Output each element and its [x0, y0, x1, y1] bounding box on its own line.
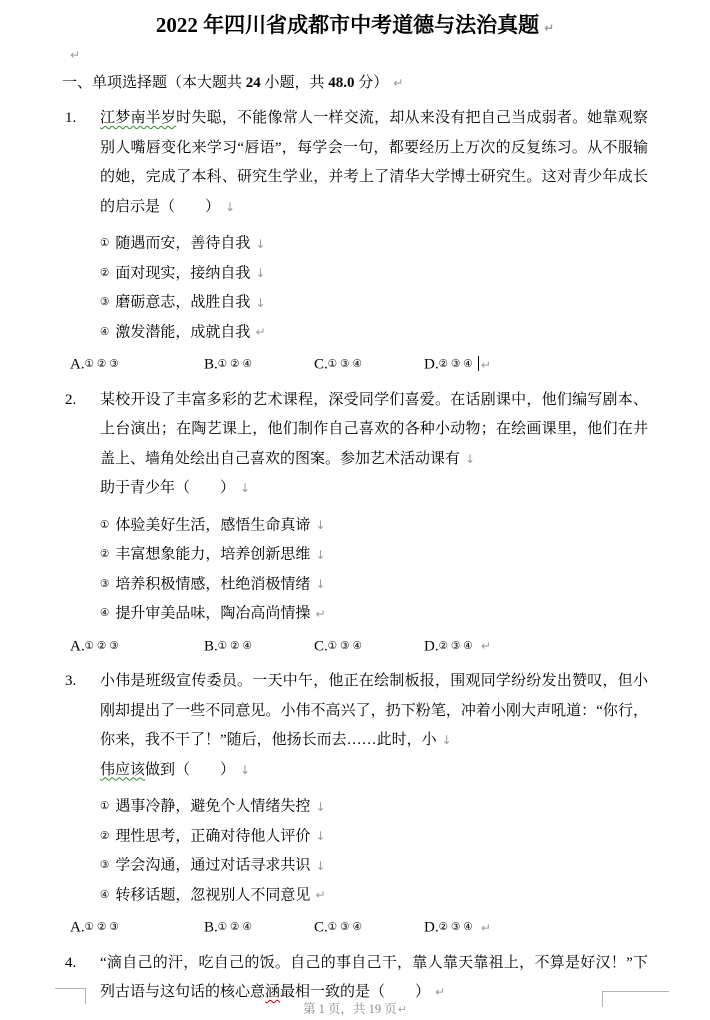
stem-line: 刚却提出了一些不同意见。小伟不高兴了，扔下粉笔，冲着小刚大声吼道：“你行， — [100, 697, 648, 727]
stem-line: 别人嘴唇变化来学习“唇语”，每学会一句，都要经历上万次的反复练习。从不服输 — [100, 134, 648, 164]
line-break-mark: ↓ — [240, 763, 250, 777]
question-number: 3. — [62, 667, 100, 910]
paragraph-mark: ↵ — [481, 921, 491, 935]
option-marker: ② — [100, 267, 109, 279]
empty-paragraph: ↵ — [62, 42, 648, 68]
option-text: 体验美好生活，感悟生命真谛 — [115, 517, 310, 533]
paragraph-mark: ↵ — [393, 76, 403, 90]
misspelled-text: 江梦南半岁 — [100, 110, 176, 126]
answer-options: ①②③ — [85, 358, 122, 370]
line-break-mark: ↓ — [315, 829, 325, 843]
question-number: 2. — [62, 386, 100, 629]
answer-label: C. — [314, 920, 328, 936]
answer-options: ②③④ — [439, 358, 476, 370]
paragraph-mark: ↵ — [481, 358, 491, 372]
stem-line: 伟应该做到（ ）↓ — [100, 756, 648, 786]
option-marker: ① — [100, 800, 109, 812]
line-break-mark: ↓ — [442, 733, 452, 747]
option-line: ①体验美好生活，感悟生命真谛↓ — [100, 511, 648, 541]
option-text: 学会沟通，通过对话寻求共识 — [115, 858, 310, 874]
total-score: 48.0 — [328, 75, 354, 91]
answer-options: ①②④ — [218, 921, 255, 933]
option-text: 面对现实，接纳自我 — [115, 265, 250, 281]
line-break-mark: ↓ — [315, 518, 325, 532]
answer-label: D. — [424, 638, 439, 654]
line-break-mark: ↓ — [315, 859, 325, 873]
stem-text: 盖上、墙角处绘出自己喜欢的图案。参加艺术活动课有 — [100, 451, 460, 467]
line-break-mark: ↓ — [255, 237, 265, 251]
misspelled-text: 伟应该 — [100, 762, 145, 778]
text-caret — [478, 356, 479, 371]
paragraph-mark: ↵ — [481, 639, 491, 653]
stem-line: 小伟是班级宣传委员。一天中午，他正在绘制板报，围观同学纷纷发出赞叹，但小 — [100, 667, 648, 697]
option-marker: ④ — [100, 326, 109, 338]
option-text: 理性思考，正确对待他人评价 — [115, 828, 310, 844]
stem-text: 列古语与这句话的核心意 — [100, 984, 265, 1000]
answer-label: A. — [70, 638, 85, 654]
section-heading-text: 一、单项选择题（本大题共 — [62, 75, 246, 91]
option-marker: ① — [100, 237, 109, 249]
stem-line: 某校开设了丰富多彩的艺术课程，深受同学们喜爱。在话剧课中，他们编写剧本、 — [100, 386, 648, 416]
document-page: 2022 年四川省成都市中考道德与法治真题↵ ↵ 一、单项选择题（本大题共 24… — [0, 0, 710, 1020]
answer-options: ①③④ — [328, 358, 365, 370]
paragraph-mark: ↵ — [398, 1003, 407, 1016]
line-break-mark: ↓ — [255, 266, 265, 280]
option-text: 转移话题，忽视别人不同意见 — [115, 887, 310, 903]
line-break-mark: ↓ — [315, 800, 325, 814]
line-break-mark: ↓ — [315, 577, 325, 591]
option-line: ②理性思考，正确对待他人评价↓ — [100, 822, 648, 852]
stem-text: 做到（ ） — [145, 762, 235, 778]
paragraph-mark: ↵ — [315, 607, 325, 621]
stem-line: 你来，我不干了！”随后，他扬长而去……此时，小↓ — [100, 726, 648, 756]
line-break-mark: ↓ — [465, 452, 475, 466]
answer-label: D. — [424, 920, 439, 936]
question-2: 2. 某校开设了丰富多彩的艺术课程，深受同学们喜爱。在话剧课中，他们编写剧本、 … — [62, 386, 648, 662]
section-heading: 一、单项选择题（本大题共 24 小题，共 48.0 分）↵ — [62, 68, 648, 98]
option-line: ②丰富想象能力，培养创新思维↓ — [100, 540, 648, 570]
answer-label: A. — [70, 357, 85, 373]
footer-page-number: 第 1 页，共 19 页↵ — [0, 999, 710, 1017]
stem-text: 助于青少年（ ） — [100, 480, 235, 496]
stem-text: “滴自己的汗，吃自己的饭。自己的事自己干，靠人靠天靠祖上，不算是好汉！”下 — [100, 955, 648, 971]
answer-label: D. — [424, 357, 439, 373]
option-line: ③学会沟通，通过对话寻求共识↓ — [100, 851, 648, 881]
line-break-mark: ↓ — [255, 296, 265, 310]
option-marker: ③ — [100, 578, 109, 590]
question-count: 24 — [246, 75, 261, 91]
option-marker: ① — [100, 519, 109, 531]
answer-label: B. — [204, 920, 218, 936]
stem-text: 刚却提出了一些不同意见。小伟不高兴了，扔下粉笔，冲着小刚大声吼道：“你行， — [100, 703, 648, 719]
answer-options: ①②③ — [85, 640, 122, 652]
question-number: 1. — [62, 104, 100, 347]
section-heading-text: 小题，共 — [261, 75, 329, 91]
answer-options: ②③④ — [439, 921, 476, 933]
answer-row: A.①②③B.①②④C.①③④D.②③④↵ — [70, 913, 648, 943]
answer-row: A.①②③B.①②④C.①③④D.②③④↵ — [70, 632, 648, 662]
stem-line: 上台演出；在陶艺课上，他们制作自己喜欢的各种小动物；在绘画课里，他们在井 — [100, 415, 648, 445]
answer-label: C. — [314, 357, 328, 373]
question-1: 1. 江梦南半岁时失聪，不能像常人一样交流，却从来没有把自己当成弱者。她靠观察 … — [62, 104, 648, 380]
stem-text: 上台演出；在陶艺课上，他们制作自己喜欢的各种小动物；在绘画课里，他们在井 — [100, 421, 648, 437]
misspelled-text: 涵 — [265, 984, 280, 1000]
answer-options: ①②④ — [218, 358, 255, 370]
answer-label: B. — [204, 638, 218, 654]
option-text: 遇事冷静，避免个人情绪失控 — [115, 799, 310, 815]
option-text: 培养积极情感，杜绝消极情绪 — [115, 576, 310, 592]
option-text: 激发潜能，成就自我 — [115, 324, 250, 340]
answer-label: C. — [314, 638, 328, 654]
line-break-mark: ↓ — [240, 481, 250, 495]
stem-line: 的她，完成了本科、研究生学业，并考上了清华大学博士研究生。这对青少年成长 — [100, 163, 648, 193]
stem-line: “滴自己的汗，吃自己的饭。自己的事自己干，靠人靠天靠祖上，不算是好汉！”下 — [100, 949, 648, 979]
option-line: ③磨砺意志，战胜自我↓ — [100, 288, 648, 318]
stem-text: 的她，完成了本科、研究生学业，并考上了清华大学博士研究生。这对青少年成长 — [100, 169, 648, 185]
stem-line: 的启示是（ ）↓ — [100, 193, 648, 223]
option-text: 丰富想象能力，培养创新思维 — [115, 547, 310, 563]
answer-options: ①③④ — [328, 640, 365, 652]
option-marker: ③ — [100, 296, 109, 308]
option-marker: ④ — [100, 889, 109, 901]
stem-line: 江梦南半岁时失聪，不能像常人一样交流，却从来没有把自己当成弱者。她靠观察 — [100, 104, 648, 134]
page-title-text: 2022 年四川省成都市中考道德与法治真题 — [156, 13, 539, 37]
question-3: 3. 小伟是班级宣传委员。一天中午，他正在绘制板报，围观同学纷纷发出赞叹，但小 … — [62, 667, 648, 943]
stem-text: 的启示是（ ） — [100, 199, 220, 215]
option-line: ④激发潜能，成就自我↵ — [100, 318, 648, 348]
stem-text: 别人嘴唇变化来学习“唇语”，每学会一句，都要经历上万次的反复练习。从不服输 — [100, 140, 648, 156]
option-text: 提升审美品味，陶冶高尚情操 — [115, 606, 310, 622]
stem-text: 你来，我不干了！”随后，他扬长而去……此时，小 — [100, 732, 437, 748]
option-line: ④提升审美品味，陶冶高尚情操↵ — [100, 599, 648, 629]
answer-label: A. — [70, 920, 85, 936]
paragraph-mark: ↵ — [70, 48, 80, 62]
option-marker: ② — [100, 830, 109, 842]
answer-row: A.①②③B.①②④C.①③④D.②③④↵ — [70, 350, 648, 380]
page-title: 2022 年四川省成都市中考道德与法治真题↵ — [62, 8, 648, 42]
stem-text: 时失聪，不能像常人一样交流，却从来没有把自己当成弱者。她靠观察 — [176, 110, 648, 126]
line-break-mark: ↓ — [225, 200, 235, 214]
answer-options: ②③④ — [439, 640, 476, 652]
stem-line: 盖上、墙角处绘出自己喜欢的图案。参加艺术活动课有↓ — [100, 445, 648, 475]
option-marker: ③ — [100, 859, 109, 871]
line-break-mark: ↓ — [315, 548, 325, 562]
paragraph-mark: ↵ — [255, 325, 265, 339]
answer-options: ①②④ — [218, 640, 255, 652]
answer-label: B. — [204, 357, 218, 373]
stem-text: 最相一致的是（ ） — [280, 984, 430, 1000]
option-line: ②面对现实，接纳自我↓ — [100, 259, 648, 289]
option-line: ①随遇而安，善待自我↓ — [100, 229, 648, 259]
option-line: ③培养积极情感，杜绝消极情绪↓ — [100, 570, 648, 600]
answer-options: ①③④ — [328, 921, 365, 933]
option-marker: ② — [100, 548, 109, 560]
option-text: 随遇而安，善待自我 — [115, 236, 250, 252]
answer-options: ①②③ — [85, 921, 122, 933]
stem-text: 某校开设了丰富多彩的艺术课程，深受同学们喜爱。在话剧课中，他们编写剧本、 — [100, 392, 648, 408]
option-text: 磨砺意志，战胜自我 — [115, 295, 250, 311]
stem-text: 小伟是班级宣传委员。一天中午，他正在绘制板报，围观同学纷纷发出赞叹，但小 — [100, 673, 648, 689]
option-marker: ④ — [100, 607, 109, 619]
option-line: ④转移话题，忽视别人不同意见↵ — [100, 881, 648, 911]
stem-line: 助于青少年（ ）↓ — [100, 474, 648, 504]
section-heading-text: 分） — [355, 75, 389, 91]
paragraph-mark: ↵ — [435, 985, 445, 999]
paragraph-mark: ↵ — [544, 21, 554, 35]
option-line: ①遇事冷静，避免个人情绪失控↓ — [100, 792, 648, 822]
footer-text: 第 1 页，共 19 页 — [303, 1002, 397, 1016]
paragraph-mark: ↵ — [315, 888, 325, 902]
